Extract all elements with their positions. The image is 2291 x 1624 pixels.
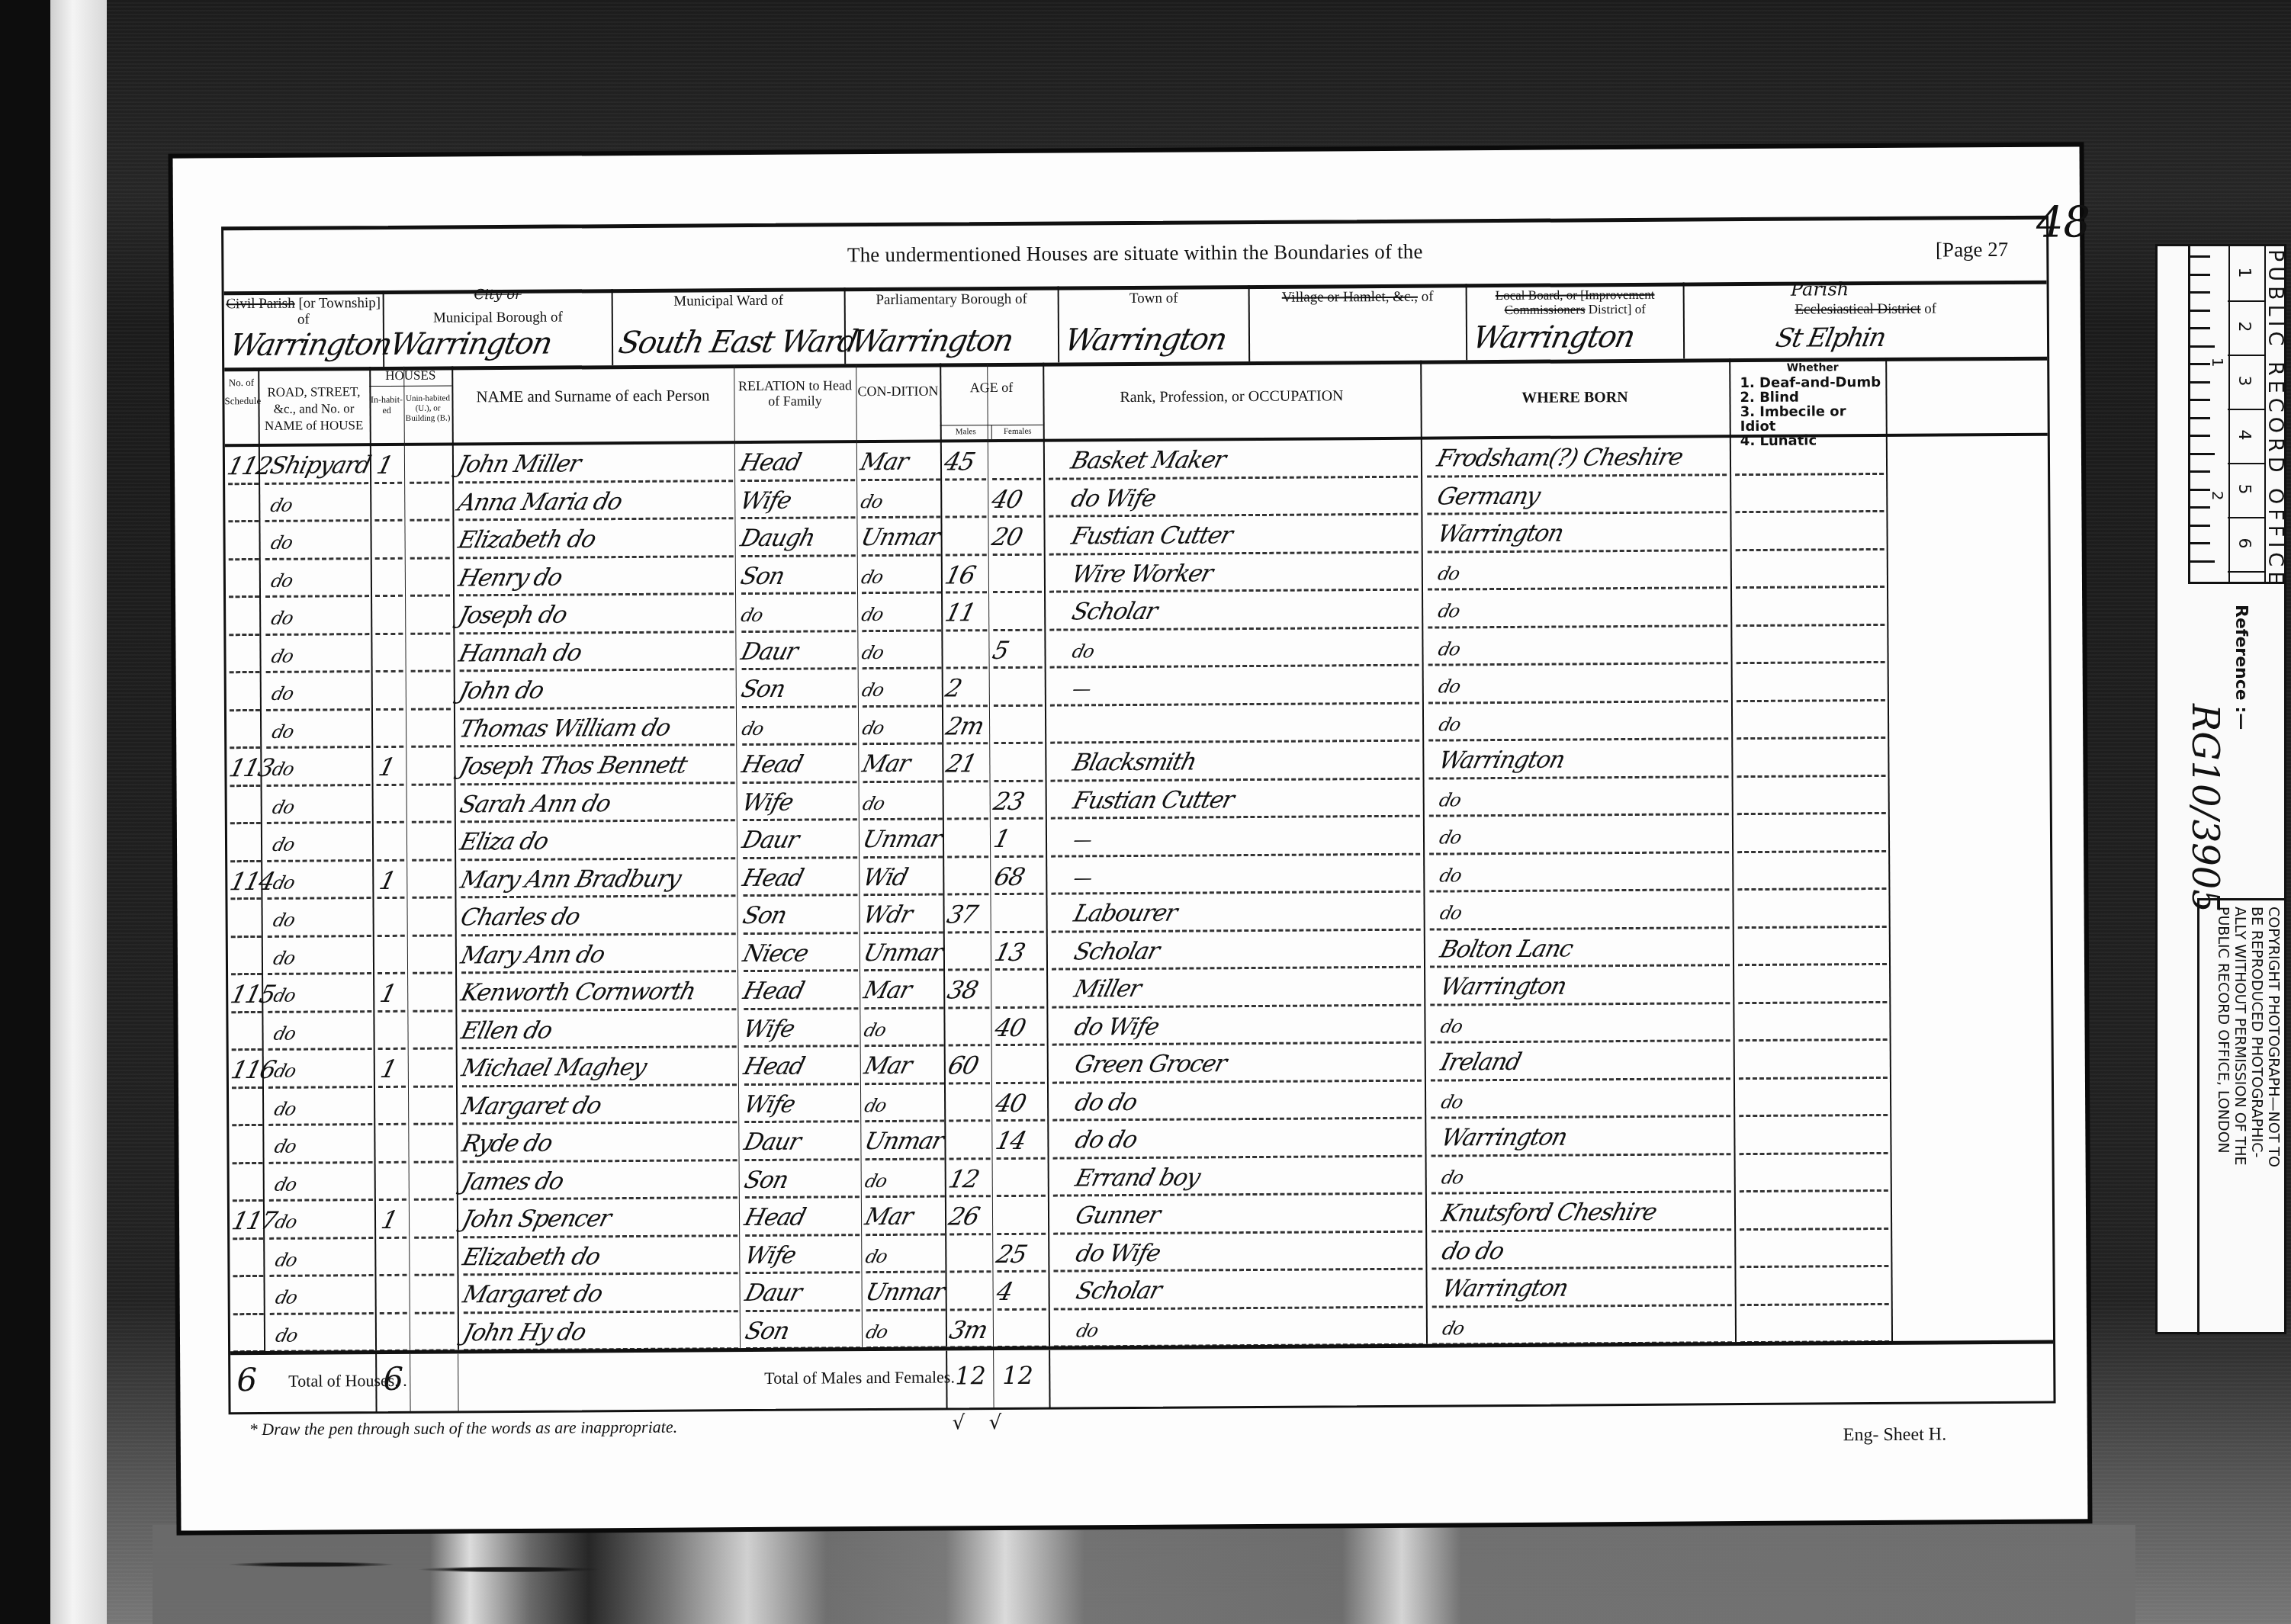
infirmity-whether: Whether: [1740, 361, 1885, 376]
cell-male-age: 38: [948, 972, 989, 1007]
cell-text: Head: [740, 1049, 808, 1085]
cell-schedule: 112: [228, 448, 259, 483]
cell-female-age: 40: [992, 481, 1041, 516]
cell-text: 4: [993, 1274, 1016, 1309]
cell-female-age: [994, 670, 1043, 705]
cell-relation: Head: [741, 445, 855, 480]
cell-text: 20: [988, 519, 1026, 554]
cell-road: do: [273, 863, 372, 899]
admin-label: District] of: [1589, 302, 1646, 316]
cell-text: Wid: [860, 859, 911, 894]
cell-inhabited: [382, 1164, 405, 1199]
cell-schedule: [232, 1128, 262, 1163]
cell-male-age: 26: [949, 1199, 991, 1234]
admin-label: of: [1422, 289, 1434, 305]
cell-text: Daur: [738, 823, 802, 859]
cell-male-age: 12: [949, 1161, 991, 1196]
cell-text: 5: [989, 632, 1012, 667]
cell-born: do: [1440, 817, 1730, 853]
cell-male-age: [945, 519, 986, 554]
cell-name: James do: [463, 1163, 737, 1199]
cell-inhabited: [381, 1089, 404, 1124]
cell-text: 25: [993, 1236, 1030, 1271]
cell-text: Henry do: [455, 560, 565, 595]
cm-box: 3: [2228, 355, 2264, 410]
cell-text: Mary Ann Bradbury: [457, 861, 684, 897]
column-divider: [410, 1354, 410, 1412]
cell-text: Ireland: [1437, 1045, 1524, 1080]
cell-text: do: [1438, 1160, 1467, 1195]
cell-relation: Daur: [744, 1124, 859, 1160]
cell-relation: Head: [742, 746, 856, 782]
cell-text: Head: [739, 860, 807, 896]
cm-box: 2: [2228, 300, 2264, 356]
ruler-cm-label: 3: [2235, 376, 2254, 387]
cell-inhabited: [381, 1013, 403, 1048]
cell-relation: Son: [745, 1162, 860, 1198]
cell-name: Mary Ann Bradbury: [461, 861, 735, 897]
cell-text: 13: [991, 934, 1028, 969]
col-header-condition: CON-DITION: [856, 364, 940, 441]
cell-text: Fustian Cutter: [1068, 518, 1235, 554]
cell-text: Niece: [739, 936, 811, 971]
col-header-houses: HOUSES: [369, 366, 451, 387]
ruler-cm-label: 5: [2235, 484, 2254, 495]
cell-name: Anna Maria do: [458, 483, 733, 520]
cell-text: do: [271, 1129, 300, 1164]
cell-schedule: 114: [230, 863, 261, 898]
cell-text: Labourer: [1070, 896, 1181, 932]
cell-text: do: [738, 711, 767, 746]
cell-text: 68: [991, 859, 1028, 894]
cell-condition: Mar: [863, 746, 942, 782]
cell-text: Ryde do: [458, 1126, 556, 1162]
copyright-line: ALLY WITHOUT PERMISSION OF THE: [2232, 907, 2248, 1167]
cell-road: do: [275, 1127, 374, 1163]
column-divider: [1049, 1350, 1050, 1408]
cell-text: do do: [1438, 1233, 1508, 1269]
cell-text: 11: [942, 595, 979, 630]
cell-road: do: [275, 1202, 374, 1238]
cell-text: John do: [455, 673, 547, 709]
cell-relation: Head: [744, 973, 858, 1009]
cell-text: 40: [992, 1085, 1030, 1120]
cell-relation: Son: [741, 558, 856, 594]
admin-civil-parish: Civil Parish [or Township] of Warrington: [224, 290, 385, 367]
cell-condition: Wid: [863, 859, 943, 895]
cm-box: 1: [2228, 246, 2264, 302]
cell-occupation: Wire Worker: [1072, 554, 1419, 592]
infirmity-item: 2. Blind: [1740, 390, 1885, 405]
cell-text: do: [737, 598, 766, 633]
cell-text: do: [1435, 820, 1464, 855]
cell-text: 45: [940, 444, 978, 479]
cell-name: Kenworth Cornworth: [461, 974, 736, 1010]
cell-occupation: Basket Maker: [1072, 441, 1419, 479]
cell-text: Warrington: [1438, 1119, 1570, 1155]
cell-text: do: [857, 559, 886, 594]
cell-text: Son: [737, 558, 788, 593]
column-divider: [993, 1350, 994, 1408]
cell-inhabited: [378, 560, 401, 595]
cell-female-age: [996, 1048, 1045, 1083]
cell-male-age: [947, 821, 988, 856]
cell-road: do: [272, 637, 371, 672]
cell-schedule: 116: [232, 1052, 262, 1087]
cell-text: do: [862, 1314, 891, 1349]
cm-box: 5: [2228, 463, 2264, 518]
cell-schedule: [233, 1240, 263, 1276]
cm-box: 4: [2228, 409, 2264, 464]
cell-text: Sarah Ann do: [456, 786, 614, 822]
cell-text: do: [857, 483, 886, 518]
admin-label-struck: Civil Parish: [226, 296, 294, 313]
cell-text: John Spencer: [458, 1201, 614, 1237]
cell-schedule: [230, 675, 260, 710]
cell-female-age: 40: [995, 1009, 1044, 1045]
cell-text: Margaret do: [459, 1276, 606, 1312]
cell-occupation: do do: [1075, 1121, 1422, 1158]
cell-text: Germany: [1434, 478, 1544, 514]
cell-schedule: [233, 1165, 263, 1200]
cell-text: 1: [375, 749, 398, 785]
cell-male-age: [948, 1010, 989, 1045]
cell-occupation: Green Grocer: [1075, 1045, 1422, 1083]
cell-name: John Hy do: [464, 1314, 738, 1350]
cell-born: Bolton Lanc: [1441, 930, 1730, 967]
cell-born: do: [1439, 704, 1729, 740]
col-header-occupation: Rank, Profession, or OCCUPATION: [1043, 361, 1421, 439]
col-header-infirmity: Whether 1. Deaf-and-Dumb 2. Blind 3. Imb…: [1729, 358, 1886, 435]
cell-text: Warrington: [1437, 968, 1570, 1004]
cell-name: Thomas William do: [460, 710, 734, 746]
cell-text: 26: [945, 1199, 982, 1234]
admin-town: Town of Warrington: [1059, 285, 1251, 363]
cell-schedule: [230, 788, 261, 823]
ruler-tick: [2190, 560, 2215, 563]
cell-inhabited: [382, 1240, 405, 1275]
cell-male-age: [947, 859, 988, 894]
cell-text: do: [858, 597, 887, 632]
cell-road: do: [273, 788, 372, 823]
cell-text: Basket Maker: [1067, 442, 1229, 478]
cell-road: do: [272, 561, 371, 597]
cell-schedule: [229, 599, 259, 634]
cell-condition: do: [866, 1237, 945, 1273]
cell-occupation: do: [1072, 630, 1419, 667]
cell-male-age: 60: [949, 1048, 990, 1083]
cell-text: 21: [943, 746, 980, 781]
record-office-title: PUBLIC RECORD OFFICE: [2264, 249, 2287, 589]
cell-text: Unmar: [859, 821, 944, 857]
col-header-road: ROAD, STREET, &c., and No. or NAME of HO…: [258, 367, 370, 444]
cell-name: Eliza do: [461, 823, 735, 859]
ruler-tick: [2190, 453, 2215, 455]
admin-label: of: [1924, 301, 1936, 317]
cell-text: do Wife: [1072, 1235, 1164, 1271]
cell-name: Mary Ann do: [461, 936, 736, 973]
cell-text: do: [858, 672, 887, 708]
cell-relation: Daugh: [741, 520, 855, 556]
cell-condition: Unmar: [861, 520, 940, 556]
cell-name: Ellen do: [461, 1012, 736, 1048]
reference-value: RG10/3905: [2183, 704, 2226, 913]
cell-name: Hannah do: [459, 634, 734, 671]
cell-text: Wife: [741, 1237, 799, 1273]
admin-label-struck: Ecclesiastical District: [1795, 301, 1920, 318]
cell-born: do: [1440, 892, 1730, 929]
cell-condition: do: [861, 482, 940, 518]
cell-relation: Daur: [745, 1275, 860, 1311]
cell-text: 14: [992, 1123, 1030, 1158]
cell-text: Head: [740, 974, 808, 1009]
cm-scale: 123456: [2228, 246, 2266, 582]
cell-text: Wife: [738, 785, 796, 820]
cell-text: Unmar: [862, 1274, 947, 1310]
cell-text: Frodsham(?) Cheshire: [1433, 440, 1685, 477]
cell-male-age: [949, 1123, 990, 1158]
cell-text: do: [268, 714, 297, 749]
footnote: * Draw the pen through such of the words…: [249, 1417, 678, 1439]
cell-text: Knutsford Cheshire: [1438, 1195, 1660, 1231]
cell-text: do: [1435, 669, 1464, 704]
cell-text: Son: [741, 1313, 792, 1348]
cell-text: do: [1436, 858, 1465, 893]
admin-value: Warrington: [1470, 319, 1683, 356]
cell-text: Daur: [737, 634, 801, 669]
cell-occupation: Blacksmith: [1073, 743, 1420, 781]
cell-relation: Wife: [743, 785, 857, 820]
cell-text: 1: [378, 1202, 400, 1237]
cell-born: Knutsford Cheshire: [1442, 1194, 1732, 1231]
admin-municipal-ward: Municipal Ward of South East Ward: [613, 287, 847, 365]
cell-female-age: 13: [995, 934, 1044, 969]
cell-male-age: 37: [947, 897, 988, 932]
cell-relation: Son: [746, 1313, 860, 1349]
cell-text: Ellen do: [458, 1013, 555, 1048]
cell-condition: do: [866, 1161, 945, 1197]
cell-road: do: [272, 674, 371, 710]
cell-schedule: [233, 1279, 264, 1314]
cell-occupation: —: [1074, 856, 1421, 894]
cell-relation: Son: [743, 897, 857, 933]
cell-female-age: [995, 972, 1044, 1007]
cell-text: do: [270, 978, 299, 1013]
cell-inhabited: [380, 787, 403, 822]
cell-text: do: [271, 1091, 300, 1126]
cell-text: Unmar: [861, 1123, 946, 1159]
cell-text: do do: [1072, 1084, 1141, 1120]
cell-text: 37: [943, 897, 981, 932]
cell-text: do: [1438, 1311, 1467, 1346]
cell-born: do: [1439, 666, 1729, 702]
cell-road: do: [275, 1165, 374, 1201]
cell-text: Margaret do: [458, 1088, 605, 1124]
page-label: [Page 27: [1936, 238, 2008, 262]
cell-schedule: [233, 1316, 264, 1351]
cell-inhabited: [383, 1315, 406, 1350]
cell-condition: do: [865, 1086, 944, 1122]
cell-inhabited: [378, 485, 400, 520]
column-divider: [946, 1350, 947, 1408]
ruler-cm-label: 4: [2235, 430, 2254, 441]
ruler-tick: [2190, 327, 2210, 329]
admin-value: Warrington: [1062, 322, 1248, 358]
reference-label: Reference :—: [2232, 605, 2251, 730]
admin-value: South East Ward: [615, 324, 844, 361]
cell-text: do: [267, 525, 296, 560]
cell-text: Daur: [741, 1125, 804, 1160]
cell-male-age: 3m: [950, 1312, 991, 1347]
cell-text: Joseph Thos Bennett: [456, 748, 690, 785]
cell-condition: do: [864, 1010, 943, 1046]
cell-occupation: Labourer: [1074, 894, 1421, 932]
cell-text: Kenworth Cornworth: [458, 974, 699, 1010]
cell-occupation: —: [1074, 819, 1421, 856]
cell-male-age: 45: [945, 444, 986, 479]
cell-text: James do: [458, 1163, 567, 1199]
record-office-strip: 12 123456 PUBLIC RECORD OFFICE Reference…: [2155, 244, 2286, 1334]
cell-text: do: [270, 1054, 299, 1089]
cell-text: Elizabeth do: [459, 1239, 603, 1275]
cell-text: Warrington: [1435, 742, 1568, 778]
cell-text: 16: [941, 557, 978, 592]
cell-condition: do: [862, 595, 941, 631]
cell-text: Wire Worker: [1068, 556, 1216, 592]
cell-schedule: [229, 637, 259, 672]
cell-text: do do: [1072, 1122, 1141, 1158]
col-header-name: NAME and Surname of each Person: [451, 364, 734, 442]
column-divider: [375, 1354, 377, 1412]
cell-road: do: [271, 486, 370, 522]
cell-female-age: [992, 444, 1041, 479]
cell-occupation: Scholar: [1076, 1272, 1423, 1309]
cell-text: Scholar: [1068, 594, 1161, 630]
cell-text: do: [860, 1012, 889, 1047]
cell-born: do do: [1442, 1232, 1732, 1269]
cell-text: 1: [376, 862, 399, 897]
admin-municipal-borough: City or Municipal Borough of Warrington: [384, 289, 614, 367]
cell-relation: Head: [745, 1199, 860, 1235]
cell-text: Scholar: [1070, 933, 1162, 969]
cell-female-age: 5: [993, 632, 1042, 667]
cell-name: Henry do: [459, 559, 734, 595]
cell-text: Bolton Lanc: [1436, 931, 1576, 967]
cell-text: Hannah do: [455, 635, 585, 671]
cell-condition: Mar: [864, 972, 943, 1008]
cell-inhabited: [380, 825, 403, 860]
cell-relation: Head: [744, 1048, 859, 1084]
cell-condition: Unmar: [866, 1274, 945, 1310]
cell-female-age: [998, 1311, 1046, 1346]
form-title: The undermentioned Houses are situate wi…: [223, 236, 2046, 271]
admin-label: Parliamentary Borough of: [846, 291, 1058, 309]
cell-occupation: do do: [1075, 1083, 1422, 1120]
admin-value: Warrington: [387, 326, 612, 362]
cell-schedule: [230, 712, 260, 747]
cell-condition: do: [863, 784, 943, 820]
cell-male-age: [949, 1086, 990, 1121]
cell-inhabited: [381, 1127, 404, 1162]
cell-schedule: [230, 901, 261, 936]
cell-inhabited: 1: [378, 448, 400, 483]
cell-male-age: [947, 784, 988, 819]
cell-born: Frodsham(?) Cheshire: [1438, 439, 1727, 476]
cell-schedule: [228, 486, 259, 521]
cell-occupation: [1073, 705, 1420, 743]
cell-name: Charles do: [461, 898, 735, 935]
admin-label: Town of: [1059, 290, 1248, 307]
cell-born: Warrington: [1442, 1269, 1732, 1306]
cell-occupation: Miller: [1075, 970, 1422, 1007]
cell-road: do: [275, 1051, 374, 1087]
ruler-tick: [2190, 506, 2210, 509]
cell-text: —: [1069, 822, 1095, 857]
cell-born: Ireland: [1441, 1043, 1731, 1080]
cell-male-age: 21: [946, 746, 988, 781]
cell-text: John Miller: [454, 446, 583, 482]
cell-born: do: [1438, 553, 1728, 589]
cell-text: do: [271, 1205, 300, 1240]
cell-occupation: —: [1073, 668, 1420, 705]
cell-name: Ryde do: [462, 1125, 737, 1161]
cell-text: Wife: [737, 483, 795, 518]
cell-relation: do: [742, 709, 856, 745]
cell-schedule: [232, 1090, 262, 1125]
cell-text: Mar: [856, 445, 911, 480]
cell-born: do: [1440, 855, 1730, 891]
cell-born: Warrington: [1441, 1119, 1731, 1155]
cell-text: do: [272, 1317, 300, 1353]
cell-text: do: [861, 1087, 890, 1122]
cell-text: 40: [988, 481, 1026, 516]
cell-born: do: [1442, 1157, 1732, 1193]
infirmity-item: 1. Deaf-and-Dumb: [1740, 375, 1885, 390]
cell-inhabited: [378, 636, 401, 671]
cell-text: do: [269, 865, 298, 900]
cell-occupation: do: [1077, 1309, 1424, 1346]
cell-name: John Spencer: [463, 1200, 737, 1237]
cell-text: Scholar: [1072, 1273, 1165, 1309]
cell-inhabited: 1: [379, 749, 402, 785]
cell-text: do: [270, 1016, 299, 1051]
cell-name: John do: [460, 672, 734, 708]
cell-text: Gunner: [1072, 1198, 1163, 1234]
cell-condition: do: [863, 671, 942, 707]
cell-male-age: [949, 1237, 991, 1272]
cell-text: Green Grocer: [1071, 1046, 1229, 1082]
cell-text: do: [1068, 634, 1097, 669]
cell-text: do: [267, 563, 296, 598]
inch-ruler: 12: [2188, 246, 2230, 582]
cell-text: Mar: [861, 1199, 916, 1234]
copyright-line: BE REPRODUCED PHOTOGRAPHIC-: [2248, 907, 2265, 1167]
cell-road: do: [274, 1014, 373, 1050]
col-header-males: Males: [940, 425, 992, 439]
cell-text: Unmar: [857, 519, 943, 555]
ruler-tick: [2190, 274, 2210, 276]
admin-ecclesiastical-district: Parish Ecclesiastical District of St Elp…: [1685, 281, 2048, 359]
cell-text: John Hy do: [459, 1314, 589, 1350]
cell-male-age: 2: [946, 670, 988, 705]
cell-text: do: [268, 752, 297, 787]
cell-text: Mary Ann do: [457, 937, 608, 973]
cell-road: do: [272, 749, 371, 785]
ruler-tick: [2190, 489, 2210, 491]
cell-male-age: 11: [946, 595, 987, 630]
col-header-females: Females: [992, 425, 1043, 439]
admin-value: Warrington: [227, 327, 383, 363]
